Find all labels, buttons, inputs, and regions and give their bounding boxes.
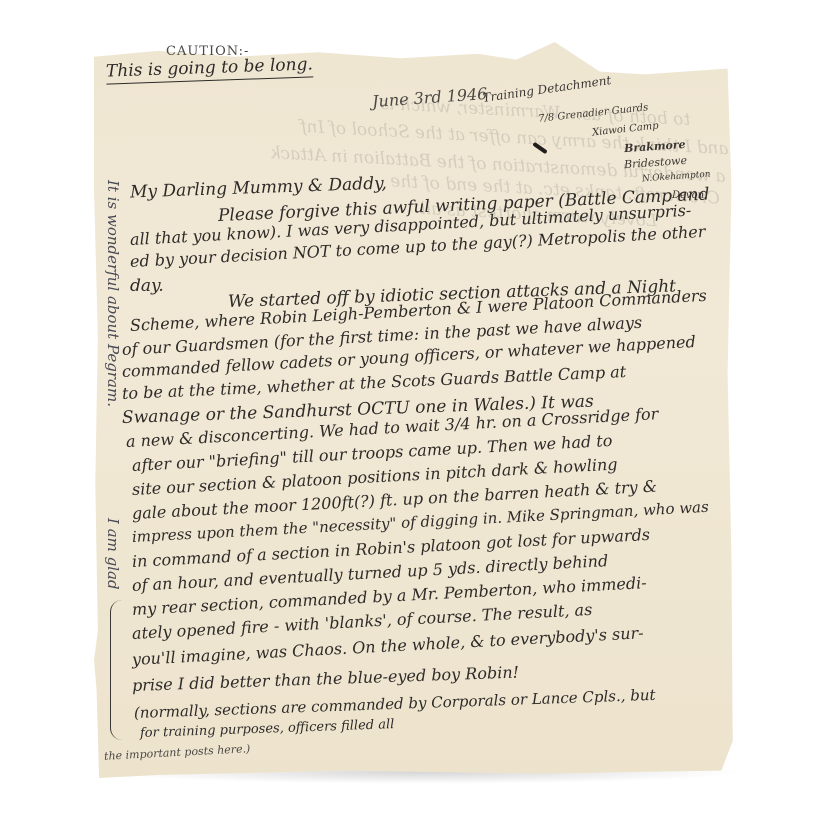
- margin-note: It is wonderful about Pegram.: [104, 180, 122, 407]
- body-line: day.: [130, 276, 164, 296]
- margin-note: I am glad: [104, 518, 122, 590]
- footnote-bracket: [110, 600, 125, 740]
